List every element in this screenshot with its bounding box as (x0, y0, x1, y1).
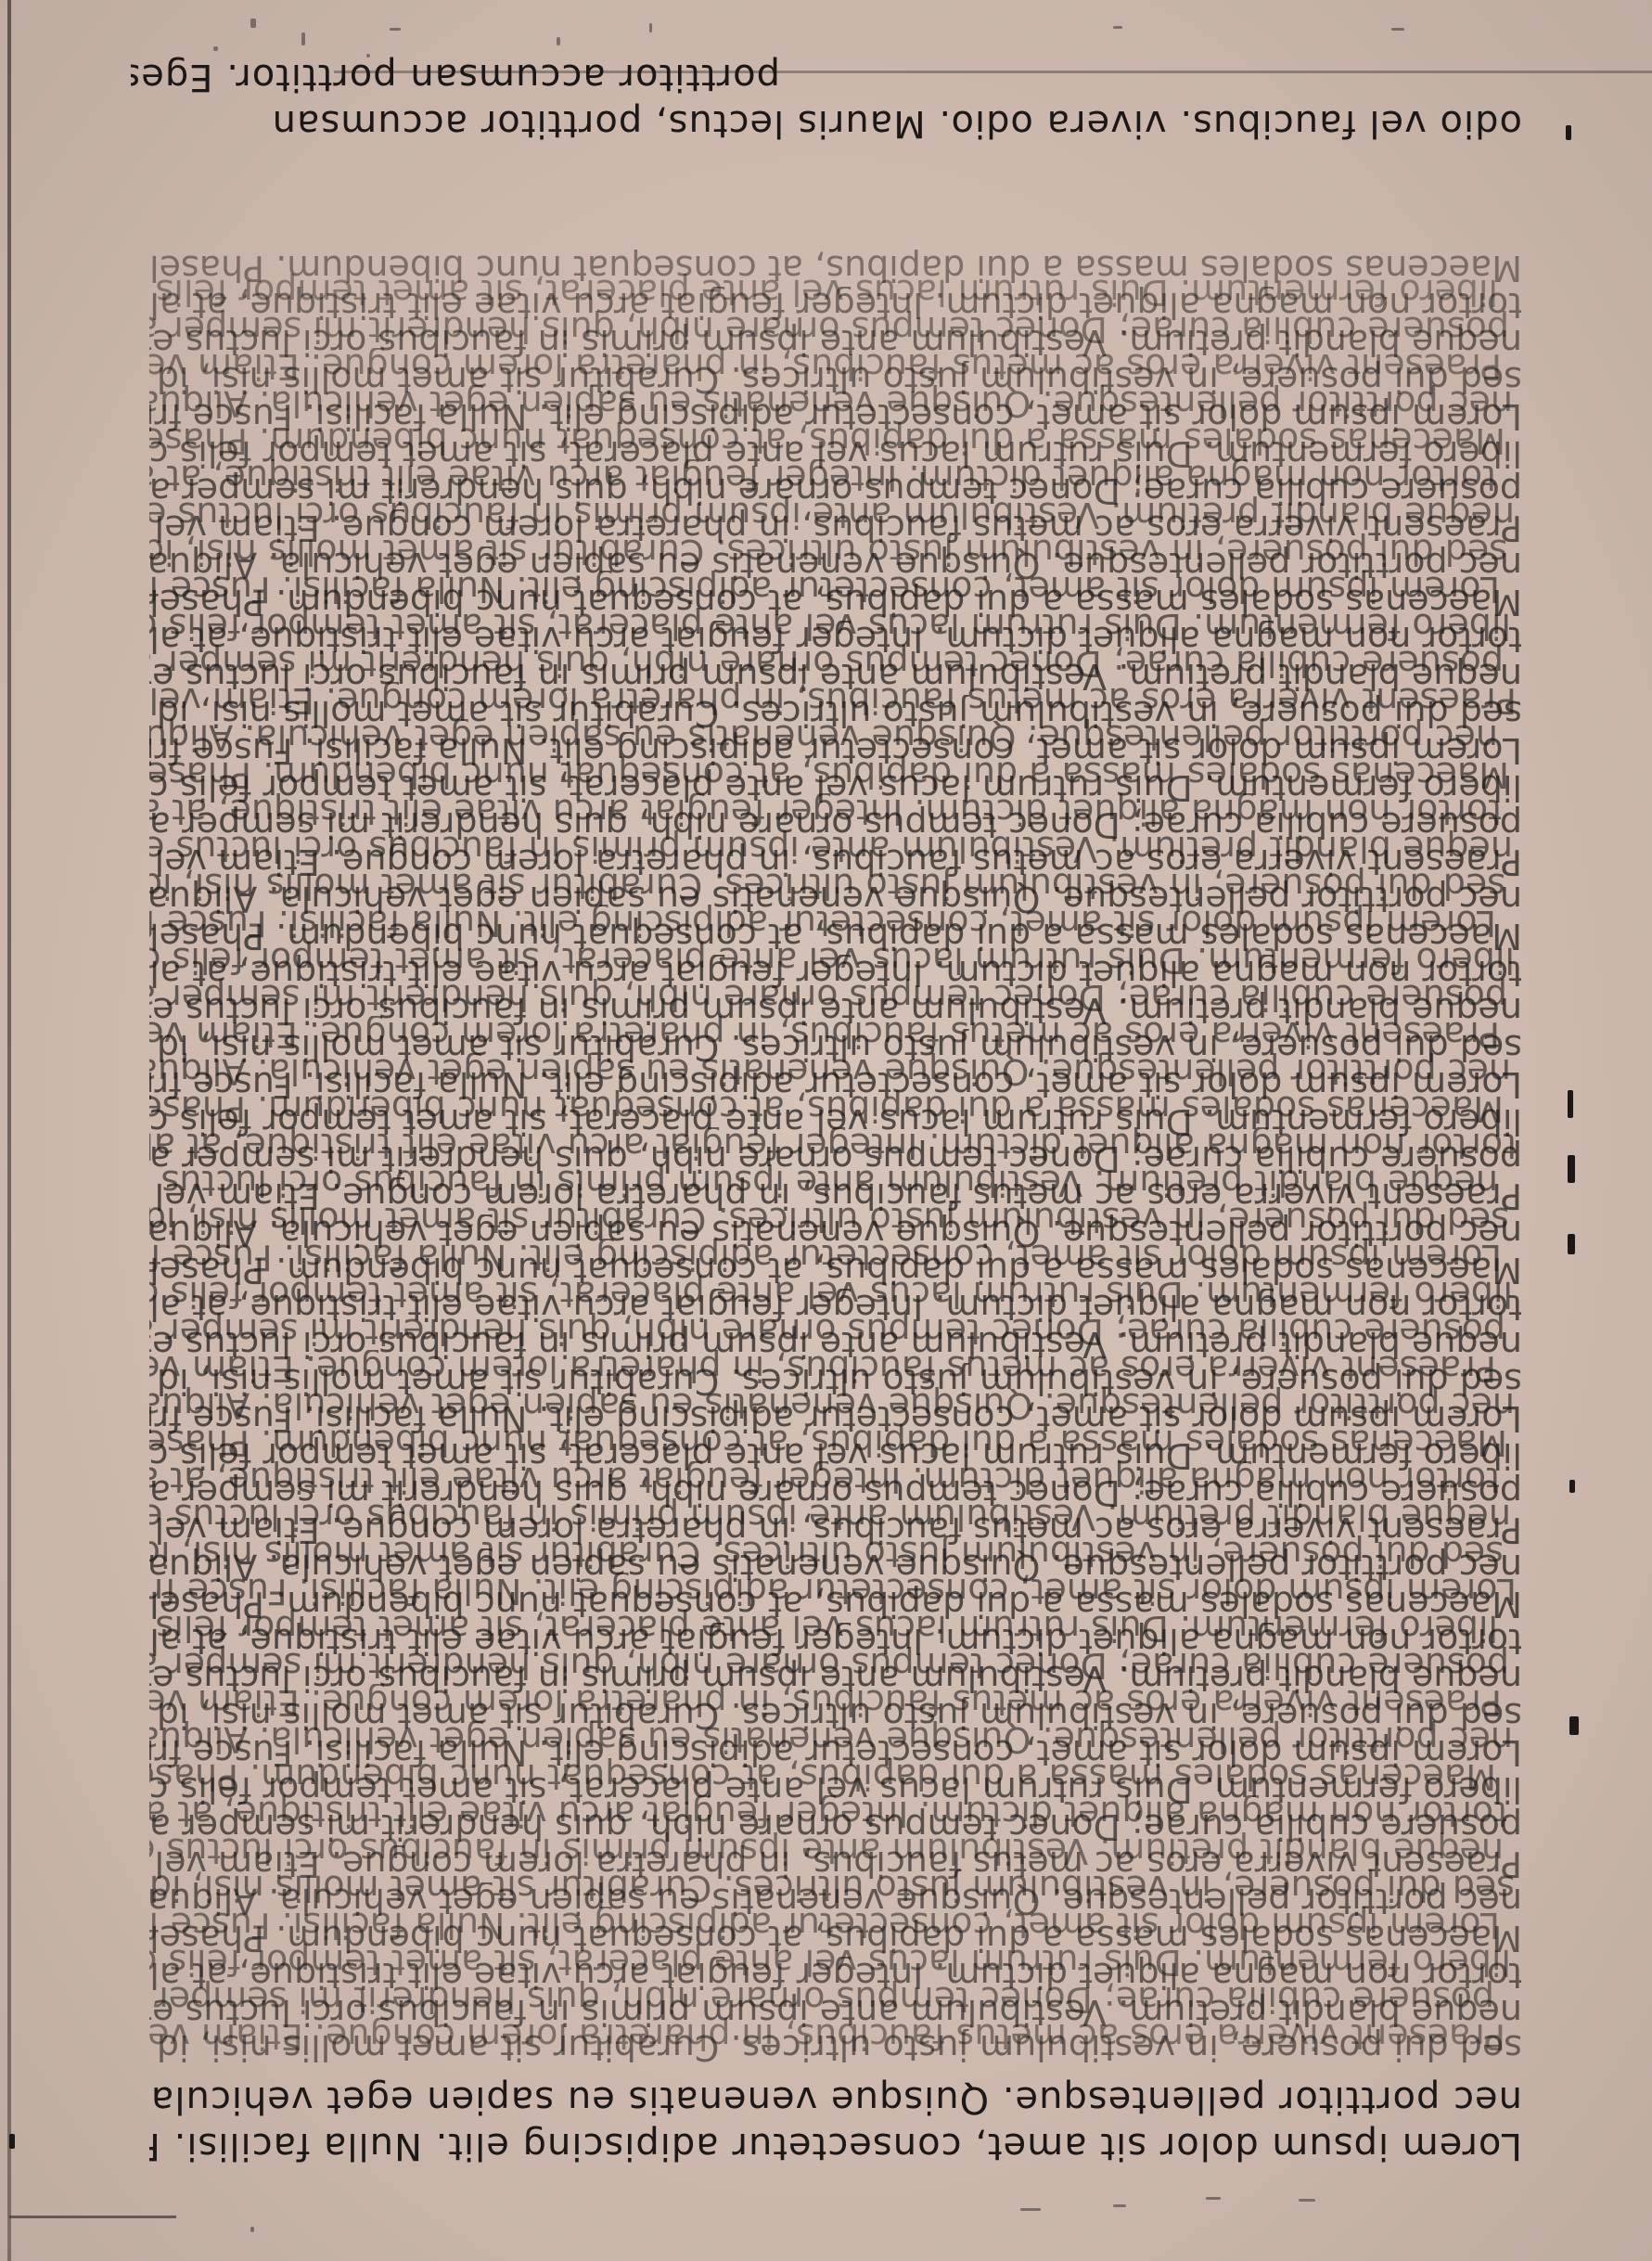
overwritten-text-block: sed dui posuere, in vestibulum justo ult… (149, 211, 1522, 2066)
text-line-second-last: odio vel faucibus. vivera odio. Mauris l… (149, 101, 1522, 146)
text-line-2: nec porttitor pellentesque. Quisque vene… (149, 2077, 1522, 2122)
overwritten-line: Maecenas sodales massa a dui dapibus, at… (149, 250, 1522, 287)
text-body: Lorem ipsum dolor sit amet, consectetur … (149, 34, 1522, 2168)
text-line-1: Lorem ipsum dolor sit amet, consectetur … (149, 2124, 1522, 2168)
handwritten-page: Lorem ipsum dolor sit amet, consectetur … (0, 0, 1652, 2261)
text-line-last: porttitor accumsan porttitor. Egestas or… (131, 55, 780, 99)
